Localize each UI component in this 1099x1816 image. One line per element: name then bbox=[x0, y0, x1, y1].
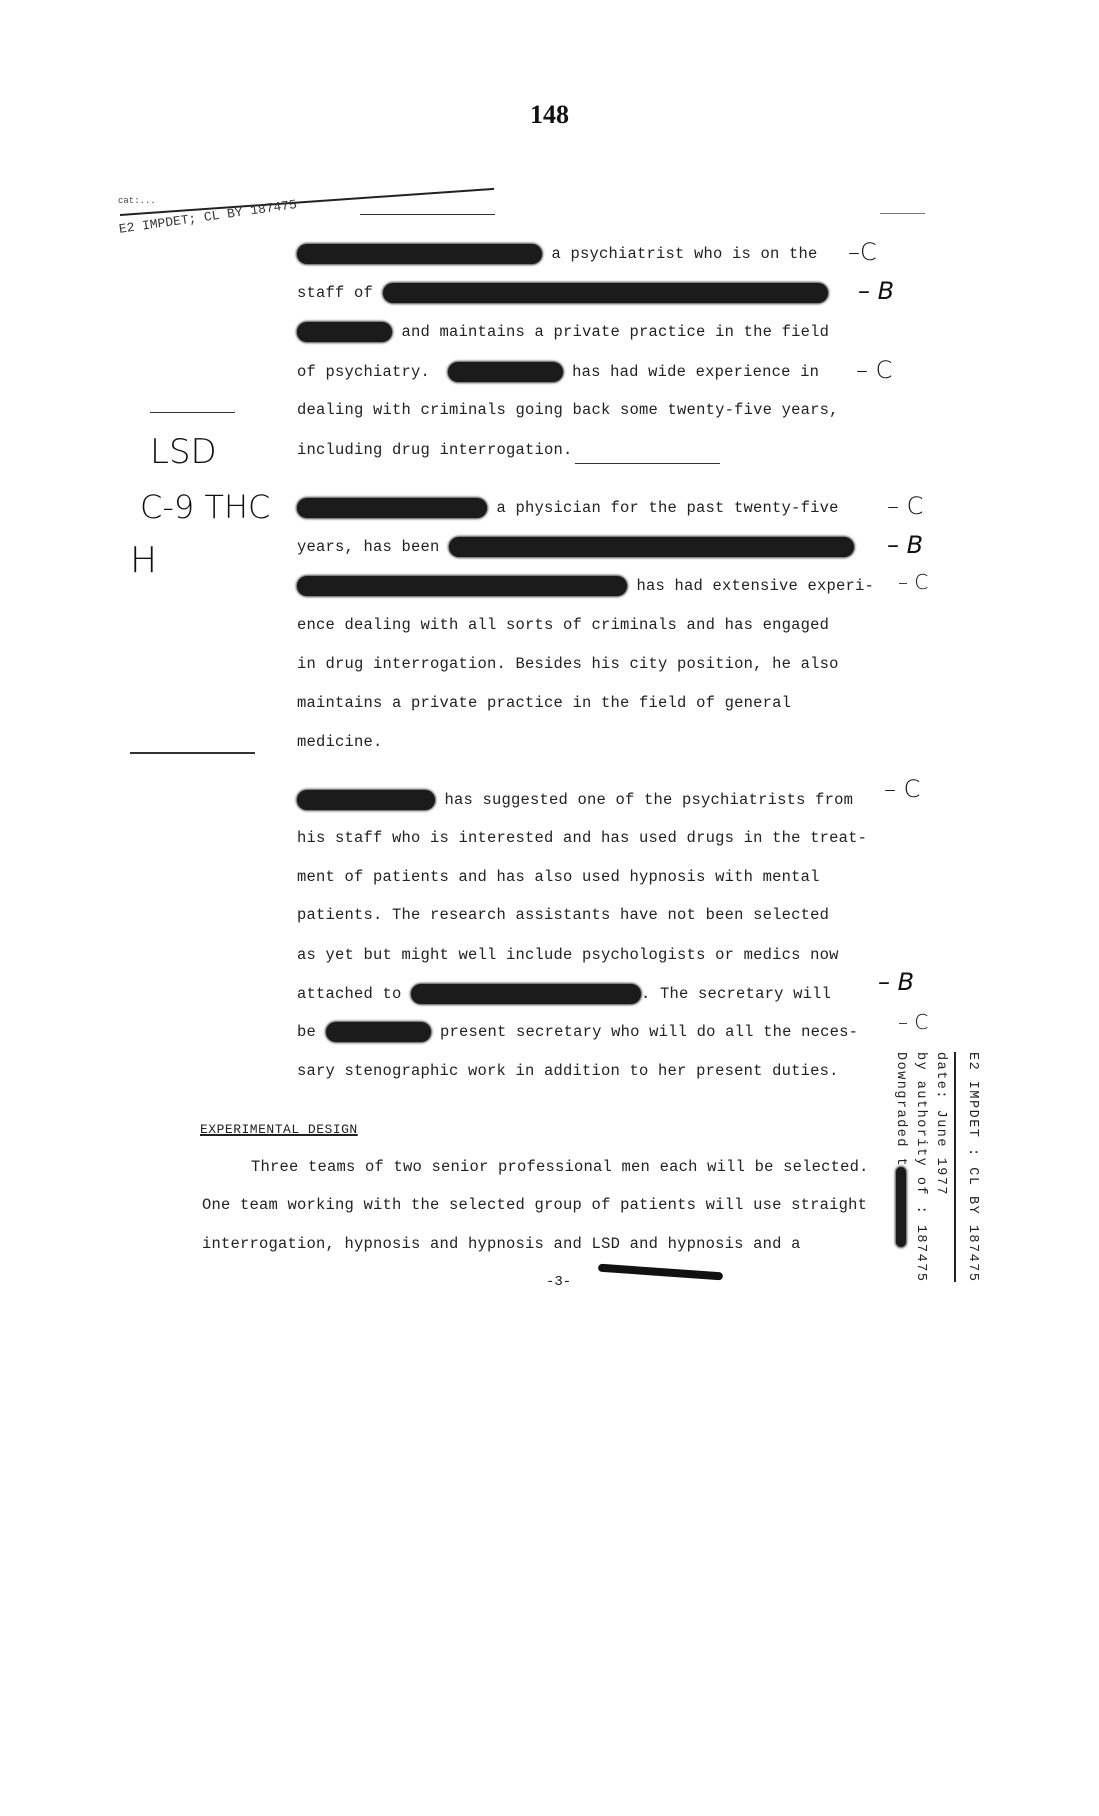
stamp-line: by authority of : 187475 bbox=[913, 1052, 928, 1282]
paragraph-line: in drug interrogation. Besides his city … bbox=[297, 654, 839, 674]
paragraph-line: ence dealing with all sorts of criminals… bbox=[297, 615, 829, 635]
margin-rule bbox=[150, 412, 235, 413]
paragraph-line: be present secretary who will do all the… bbox=[297, 1022, 858, 1042]
handwritten-note-lsd: LSD bbox=[150, 432, 217, 472]
header-rule bbox=[360, 214, 495, 215]
stamp-line: E2 IMPDET : CL BY 187475 bbox=[965, 1052, 980, 1282]
paragraph-line: including drug interrogation. bbox=[297, 440, 573, 460]
handwritten-note-h: H bbox=[130, 540, 157, 581]
paragraph-line: his staff who is interested and has used… bbox=[297, 828, 867, 848]
paragraph-line: years, has been bbox=[297, 537, 854, 557]
paragraph-line: maintains a private practice in the fiel… bbox=[297, 693, 791, 713]
redaction-block bbox=[411, 984, 641, 1004]
page-number: 148 bbox=[530, 100, 569, 130]
redaction-block bbox=[297, 790, 435, 810]
paragraph-line: of psychiatry. has had wide experience i… bbox=[297, 362, 819, 382]
page-marker: -3- bbox=[546, 1274, 571, 1290]
paragraph-line: and maintains a private practice in the … bbox=[297, 322, 829, 342]
margin-rule bbox=[130, 752, 255, 754]
header-stamp-small: cat:... bbox=[118, 196, 156, 206]
paragraph-line: medicine. bbox=[297, 732, 383, 752]
header-rule-right bbox=[880, 213, 925, 214]
handwritten-note-thc: C-9 THC bbox=[140, 488, 270, 526]
redaction-block bbox=[448, 362, 563, 382]
margin-mark: – C bbox=[887, 492, 923, 520]
redaction-block bbox=[297, 322, 392, 342]
redaction-block bbox=[383, 283, 828, 303]
stamp-rule bbox=[954, 1052, 956, 1282]
redaction-block bbox=[326, 1022, 431, 1042]
paragraph-line: a psychiatrist who is on the bbox=[297, 244, 818, 264]
header-stamp-rule bbox=[120, 188, 494, 216]
redaction-block bbox=[297, 576, 627, 596]
margin-mark: – B bbox=[878, 968, 914, 996]
margin-mark: – B bbox=[858, 277, 894, 305]
redaction-smudge bbox=[598, 1264, 723, 1281]
margin-mark: – C bbox=[856, 356, 892, 384]
section-line: One team working with the selected group… bbox=[202, 1195, 867, 1215]
redaction-block bbox=[297, 244, 542, 264]
paragraph-line: patients. The research assistants have n… bbox=[297, 905, 829, 925]
redaction-block bbox=[896, 1167, 906, 1247]
margin-mark: – B bbox=[887, 531, 923, 559]
paragraph-line: a physician for the past twenty-five bbox=[297, 498, 839, 518]
paragraph-line: sary stenographic work in addition to he… bbox=[297, 1061, 839, 1081]
section-line: interrogation, hypnosis and hypnosis and… bbox=[202, 1234, 801, 1254]
redaction-block bbox=[449, 537, 854, 557]
paragraph-line: attached to . The secretary will bbox=[297, 984, 831, 1004]
paragraph-line: has suggested one of the psychiatrists f… bbox=[297, 790, 853, 810]
section-line: Three teams of two senior professional m… bbox=[251, 1157, 869, 1177]
section-heading: EXPERIMENTAL DESIGN bbox=[200, 1120, 358, 1140]
paragraph-line: ment of patients and has also used hypno… bbox=[297, 867, 820, 887]
margin-mark: –C bbox=[848, 238, 877, 266]
paragraph-line: as yet but might well include psychologi… bbox=[297, 945, 839, 965]
margin-mark: – C bbox=[898, 570, 928, 594]
text-rule bbox=[575, 463, 720, 464]
margin-mark: – C bbox=[884, 775, 920, 803]
declassification-stamp: E2 IMPDET : CL BY 187475 date: June 1977… bbox=[888, 1052, 984, 1282]
redaction-block bbox=[297, 498, 487, 518]
paragraph-line: has had extensive experi- bbox=[297, 576, 874, 596]
margin-mark: – C bbox=[898, 1010, 928, 1034]
paragraph-line: staff of bbox=[297, 283, 828, 303]
stamp-line: date: June 1977 bbox=[933, 1052, 948, 1196]
paragraph-line: dealing with criminals going back some t… bbox=[297, 400, 839, 420]
